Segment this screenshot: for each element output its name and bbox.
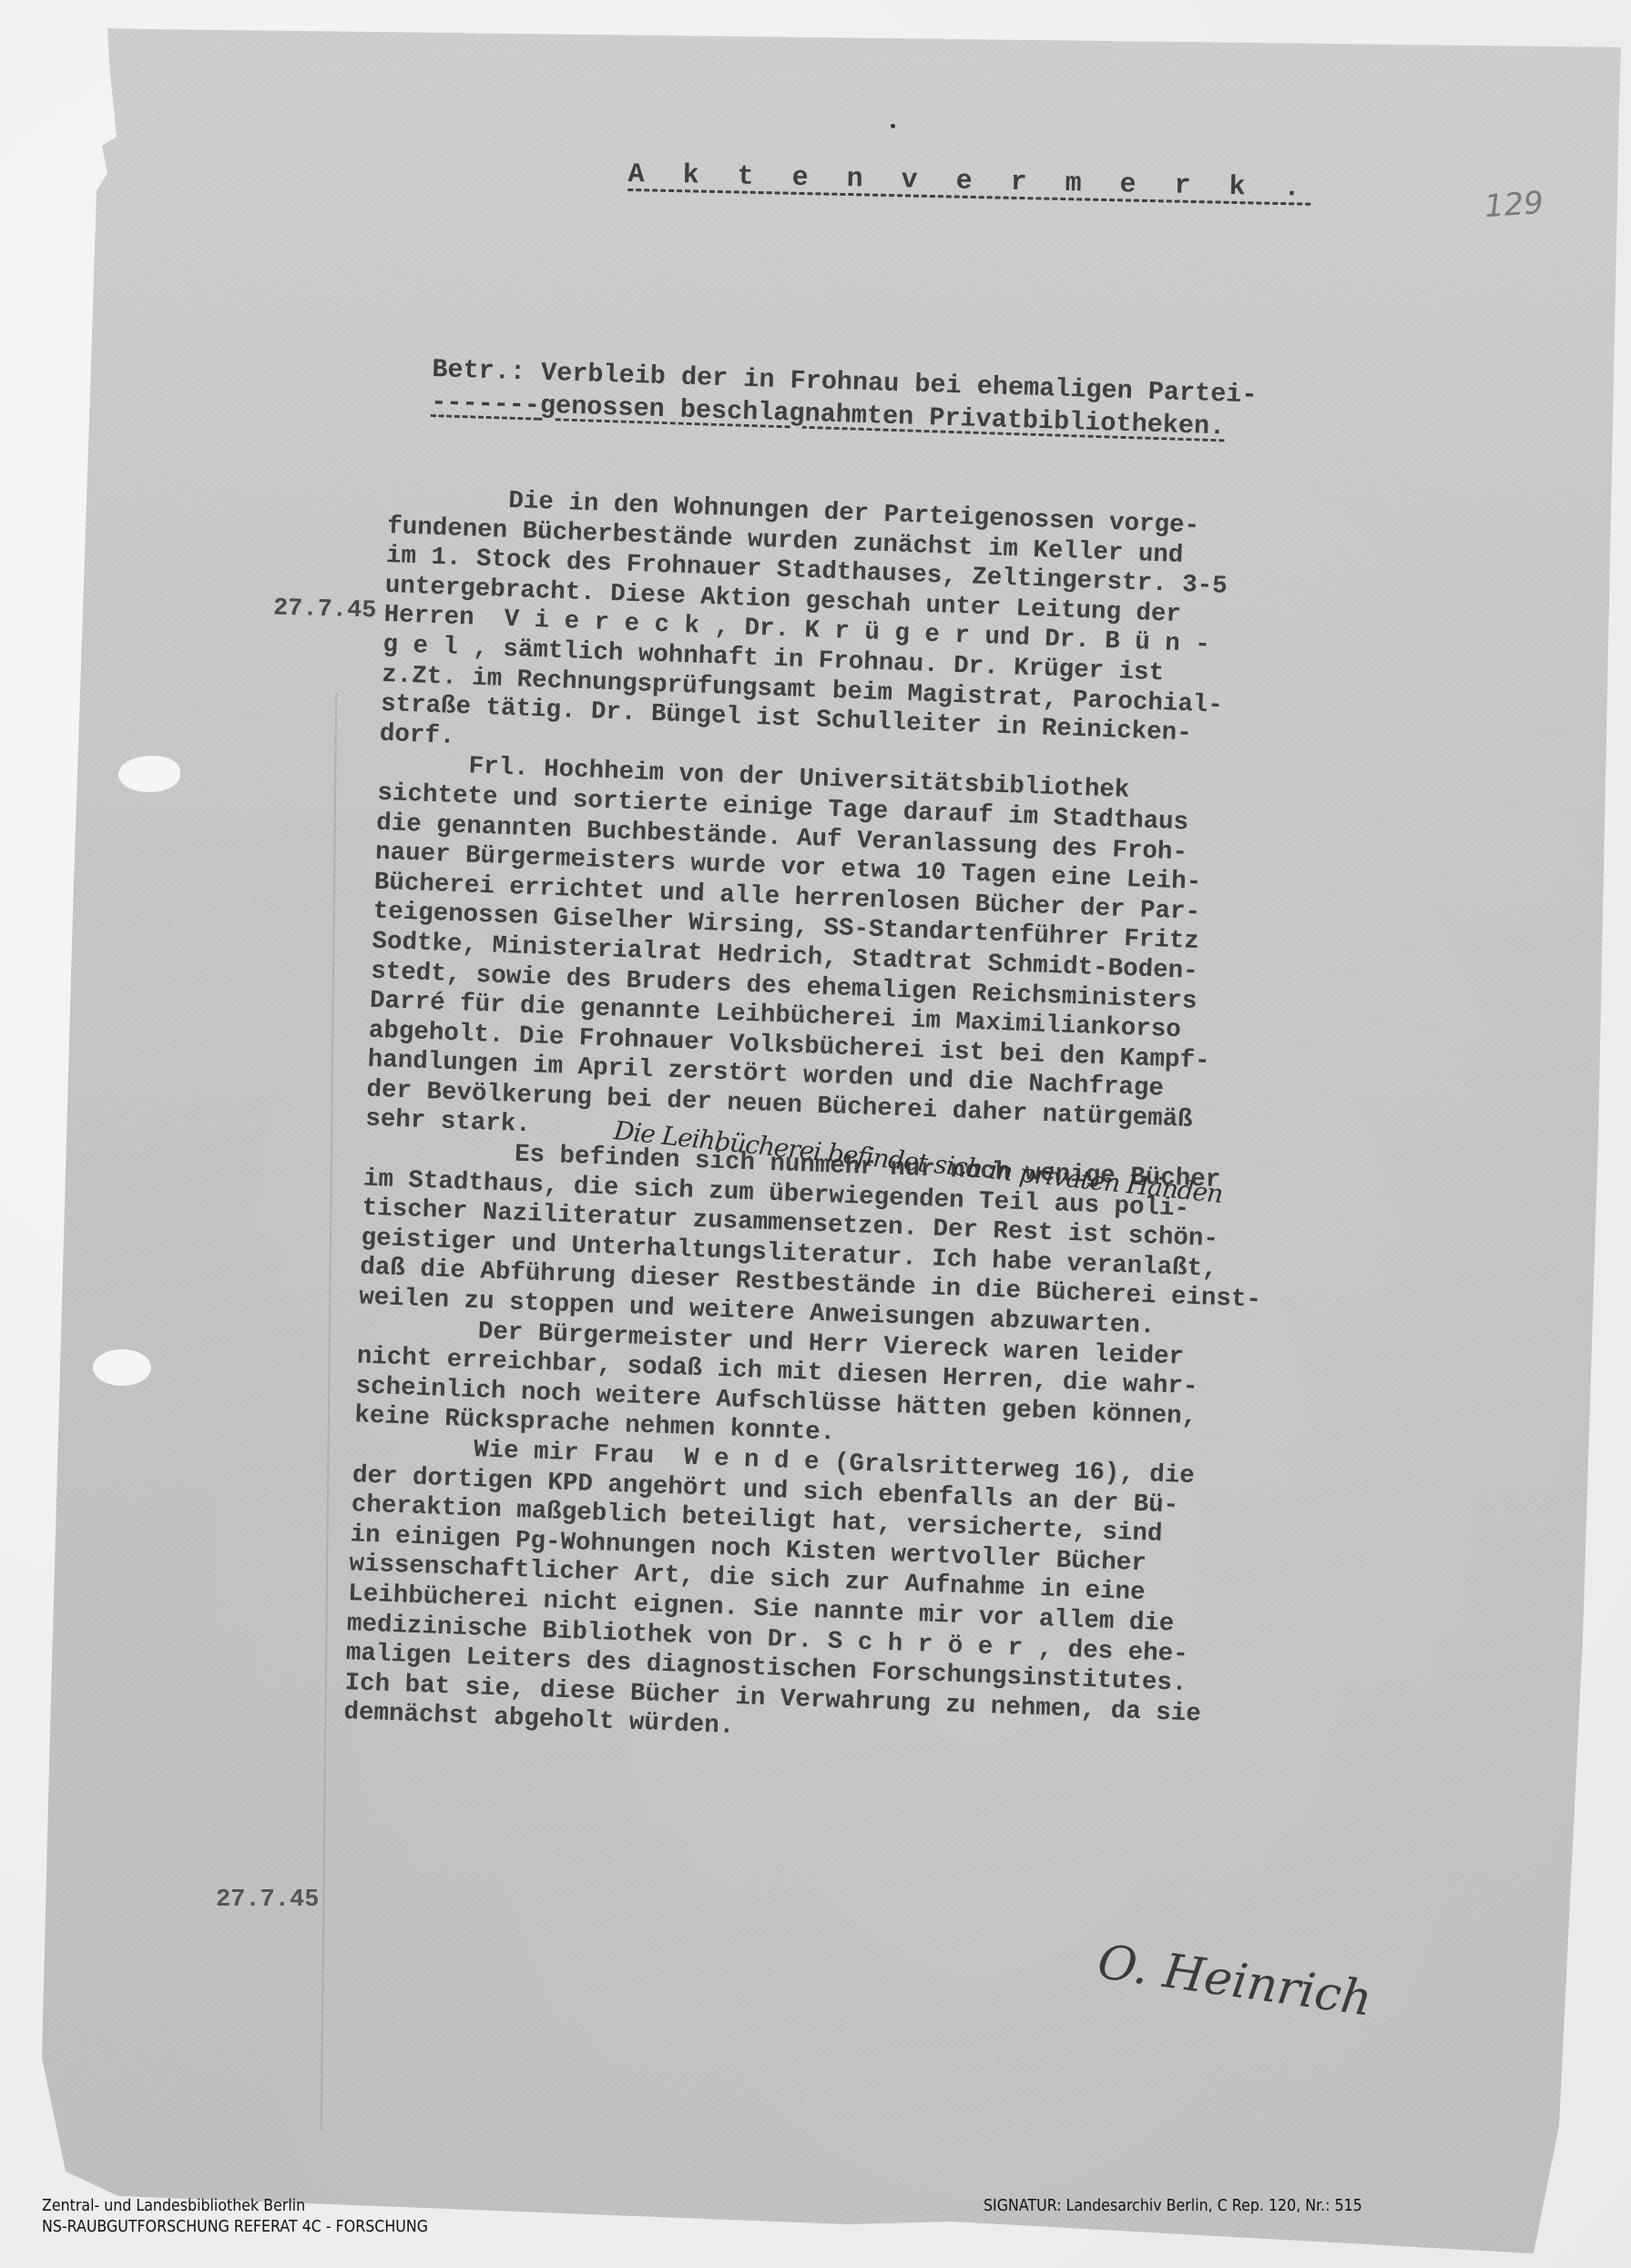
footer-institution: Zentral- und Landesbibliothek Berlin [42, 2195, 428, 2216]
margin-date: 27.7.45 [273, 595, 377, 625]
footer-department: NS-RAUBGUTFORSCHUNG REFERAT 4C - FORSCHU… [42, 2216, 428, 2237]
folio-number: 129 [1483, 185, 1545, 225]
closing-date: 27.7.45 [216, 1887, 319, 1914]
document-body: Die in den Wohnungen der Parteigenossen … [343, 483, 1290, 1761]
punch-hole-lower [93, 1349, 151, 1386]
footer-institution-block: Zentral- und Landesbibliothek Berlin NS-… [42, 2195, 428, 2237]
punch-hole-upper [118, 756, 180, 792]
ink-speck [891, 124, 895, 128]
subject-label: Betr.: [432, 354, 526, 387]
footer-signatur: SIGNATUR: Landesarchiv Berlin, C Rep. 12… [984, 2195, 1362, 2216]
subject-line-2-prefix: ------- [431, 387, 541, 421]
